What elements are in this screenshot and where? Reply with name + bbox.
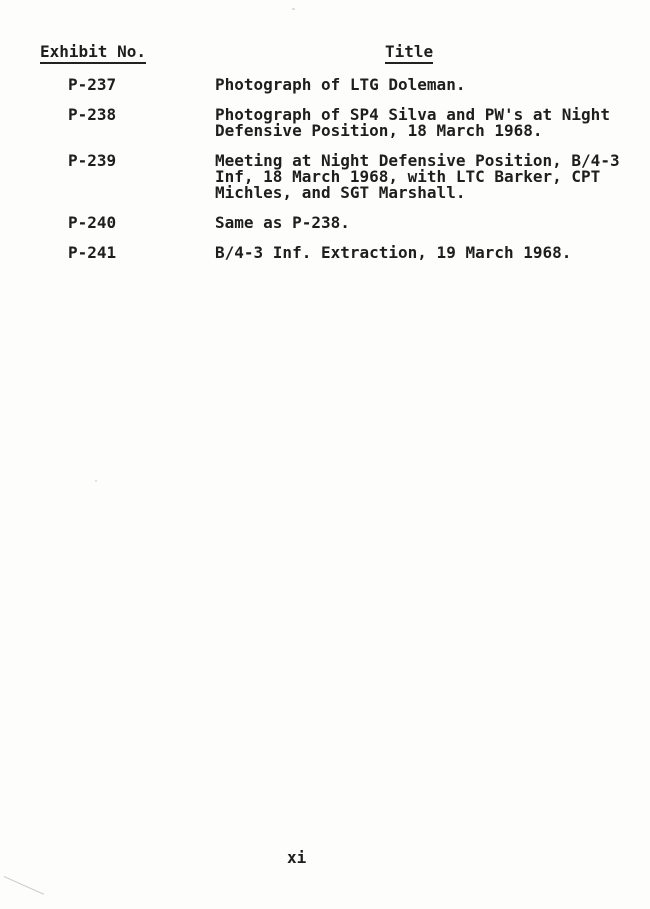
- title-line: B/4-3 Inf. Extraction, 19 March 1968.: [215, 245, 625, 261]
- scan-scratch-mark: [4, 876, 45, 895]
- page-number: xi: [287, 850, 306, 866]
- exhibit-number: P-239: [68, 153, 116, 169]
- exhibit-title: Photograph of LTG Doleman.: [215, 77, 625, 93]
- exhibit-number: P-237: [68, 77, 116, 93]
- exhibit-number: P-241: [68, 245, 116, 261]
- exhibit-number: P-238: [68, 107, 116, 123]
- exhibit-title: Meeting at Night Defensive Position, B/4…: [215, 153, 625, 201]
- column-header-title: Title: [385, 44, 433, 64]
- exhibit-title: Same as P-238.: [215, 215, 625, 231]
- document-page: Exhibit No. Title P-237 Photograph of LT…: [0, 0, 650, 909]
- title-line: Michles, and SGT Marshall.: [215, 185, 625, 201]
- column-header-exhibit-no: Exhibit No.: [40, 44, 146, 64]
- scan-speck: [95, 480, 97, 482]
- exhibit-title: B/4-3 Inf. Extraction, 19 March 1968.: [215, 245, 625, 261]
- title-line: Defensive Position, 18 March 1968.: [215, 123, 625, 139]
- title-line: Same as P-238.: [215, 215, 625, 231]
- exhibit-title: Photograph of SP4 Silva and PW's at Nigh…: [215, 107, 625, 139]
- exhibit-number: P-240: [68, 215, 116, 231]
- scan-speck: [292, 8, 295, 10]
- title-line: Photograph of LTG Doleman.: [215, 77, 625, 93]
